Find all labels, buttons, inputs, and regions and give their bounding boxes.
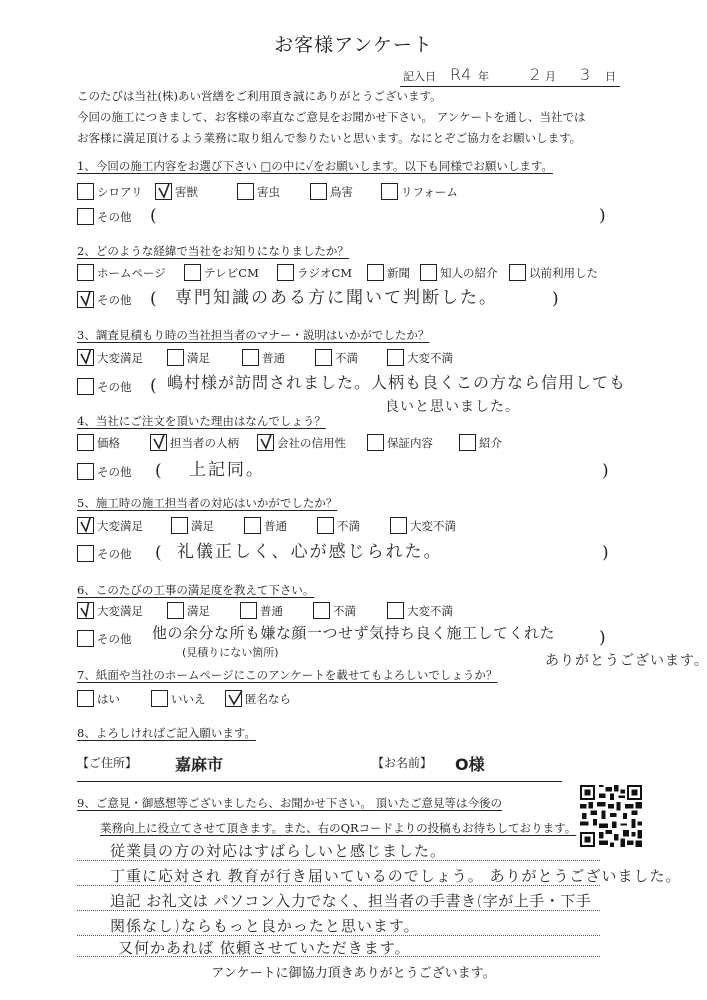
checkbox[interactable]	[184, 264, 201, 281]
checkbox[interactable]	[317, 517, 334, 534]
checkbox[interactable]	[381, 183, 398, 200]
name-value[interactable]: O様	[455, 752, 485, 775]
option-very-dissatisfied[interactable]: 大変不満	[390, 517, 456, 534]
checkbox[interactable]	[77, 264, 94, 281]
checkbox[interactable]	[77, 545, 94, 562]
option-other[interactable]: その他	[77, 378, 132, 395]
checkbox[interactable]	[171, 517, 188, 534]
checkbox[interactable]	[387, 602, 404, 619]
option-dissatisfied[interactable]: 不満	[313, 602, 356, 619]
date-label: 記入日	[403, 68, 436, 84]
checkmark-icon	[79, 518, 95, 534]
other-answer-note[interactable]: (見積りにない箇所)	[182, 644, 279, 660]
option-price[interactable]: 価格	[77, 434, 120, 451]
option-insect[interactable]: 害虫	[237, 183, 280, 200]
question-3-other: その他 ( 嶋村様が訪問されました。人柄も良くこの方なら信用しても 良いと思いま…	[77, 378, 677, 398]
question-5-label: 5、施工時の施工担当者の対応はいかがでしたか？	[77, 495, 337, 511]
checkbox[interactable]	[77, 208, 94, 225]
intro-line: このたびは当社(株)あい営繕をご利用頂き誠にありがとうございます。	[77, 86, 586, 107]
checkbox[interactable]	[315, 349, 332, 366]
day-suffix: 日	[605, 68, 616, 84]
option-other[interactable]: その他	[77, 463, 132, 480]
address-value[interactable]: 嘉麻市	[175, 752, 223, 775]
option-warranty[interactable]: 保証内容	[367, 434, 433, 451]
close-paren: )	[599, 628, 606, 648]
checkmark-icon	[227, 691, 243, 707]
option-referral[interactable]: 知人の紹介	[420, 264, 498, 281]
question-5-other: その他 ( 礼儀正しく、心が感じられた。 )	[77, 545, 617, 565]
open-paren: (	[150, 206, 157, 226]
question-2-other: その他 ( 専門知識のある方に聞いて判断した。 )	[77, 291, 637, 311]
qr-code-icon[interactable]	[580, 785, 642, 847]
option-very-dissatisfied[interactable]: 大変不満	[387, 602, 453, 619]
option-satisfied[interactable]: 満足	[171, 517, 214, 534]
checkbox[interactable]	[390, 517, 407, 534]
date-month[interactable]: 2	[530, 65, 540, 84]
address-label: 【ご住所】	[77, 754, 137, 771]
divider	[77, 781, 562, 782]
option-average[interactable]: 普通	[242, 349, 285, 366]
question-1-other: その他 ( )	[77, 208, 617, 228]
footer-thanks: アンケートに御協力頂きありがとうございます。	[0, 962, 707, 981]
option-introduction[interactable]: 紹介	[459, 434, 502, 451]
checkbox[interactable]	[240, 602, 257, 619]
option-reform[interactable]: リフォーム	[381, 183, 458, 200]
open-paren: (	[150, 289, 157, 309]
option-very-dissatisfied[interactable]: 大変不満	[387, 349, 453, 366]
close-paren: )	[599, 206, 606, 226]
other-answer[interactable]: 上記同。	[189, 455, 265, 480]
checkbox[interactable]	[151, 690, 168, 707]
checkbox-checked[interactable]	[155, 183, 172, 200]
date-day[interactable]: 3	[580, 65, 590, 84]
checkbox-checked[interactable]	[257, 434, 274, 451]
other-answer-trailing[interactable]: ありがとうございます。	[545, 650, 707, 670]
checkbox-checked[interactable]	[77, 517, 94, 534]
option-termite[interactable]: シロアリ	[77, 183, 143, 200]
checkbox[interactable]	[367, 264, 384, 281]
option-anonymous[interactable]: 匿名なら	[225, 690, 291, 707]
checkbox-checked[interactable]	[150, 434, 167, 451]
option-average[interactable]: 普通	[240, 602, 283, 619]
option-staff-personality[interactable]: 担当者の人柄	[150, 434, 239, 451]
checkbox[interactable]	[167, 349, 184, 366]
question-6-label: 6、このたびの工事の満足度を教えて下さい。	[77, 582, 314, 598]
month-suffix: 月	[545, 68, 556, 84]
checkbox[interactable]	[77, 378, 94, 395]
open-paren: (	[150, 376, 157, 396]
year-suffix: 年	[478, 68, 489, 84]
option-satisfied[interactable]: 満足	[167, 349, 210, 366]
question-8-label: 8、よろしければご記入願います。	[77, 725, 256, 741]
form-title: お客様アンケート	[0, 30, 707, 57]
intro-line: お客様に満足頂けるよう業務に取り組んで参りたいと思います。なにとぞご協力をお願い…	[77, 128, 586, 149]
question-7-label: 7、紙面や当社のホームページにこのアンケートを載せてもよろしいでしょうか？	[77, 667, 497, 683]
option-very-satisfied[interactable]: 大変満足	[77, 349, 143, 366]
other-answer[interactable]: 専門知識のある方に聞いて判断した。	[175, 283, 498, 308]
checkbox-checked[interactable]	[77, 602, 94, 619]
question-3-label: 3、調査見積もり時の当社担当者のマナー・説明はいかがでしたか？	[77, 327, 429, 343]
option-radio-cm[interactable]: ラジオCM	[277, 264, 352, 281]
option-homepage[interactable]: ホームページ	[77, 264, 166, 281]
checkbox[interactable]	[367, 434, 384, 451]
option-pest-animal[interactable]: 害獣	[155, 183, 198, 200]
option-no[interactable]: いいえ	[151, 690, 206, 707]
option-newspaper[interactable]: 新聞	[367, 264, 410, 281]
comment-line-2[interactable]: 丁重に応対され 教育が行き届いているのでしょう。 ありがとうございました。	[110, 865, 682, 886]
checkmark-icon	[157, 184, 173, 200]
option-company-credibility[interactable]: 会社の信用性	[257, 434, 346, 451]
checkbox-checked[interactable]	[77, 349, 94, 366]
checkbox[interactable]	[459, 434, 476, 451]
checkbox-checked[interactable]	[77, 291, 94, 308]
other-answer[interactable]: 礼儀正しく、心が感じられた。	[177, 537, 443, 562]
option-dissatisfied[interactable]: 不満	[315, 349, 358, 366]
question-4-other: その他 ( 上記同。 )	[77, 463, 617, 483]
option-average[interactable]: 普通	[244, 517, 287, 534]
option-previous-use[interactable]: 以前利用した	[509, 264, 598, 281]
open-paren: (	[155, 543, 162, 563]
question-6-other: その他 他の余分な所も嫌な顔一つせず気持ち良く施工してくれた ) (見積りにない…	[77, 630, 637, 650]
option-other[interactable]: その他	[77, 208, 132, 225]
other-answer-line2[interactable]: 良いと思いました。	[385, 396, 520, 416]
close-paren: )	[602, 543, 609, 563]
checkbox[interactable]	[237, 183, 254, 200]
checkbox-checked[interactable]	[225, 690, 242, 707]
checkmark-icon	[79, 292, 95, 308]
checkbox[interactable]	[77, 463, 94, 480]
comment-line-1[interactable]: 従業員の方の対応はすばらしいと感じました。	[110, 840, 446, 861]
checkbox[interactable]	[509, 264, 526, 281]
checkmark-icon	[259, 435, 275, 451]
open-paren: (	[155, 461, 162, 481]
option-other[interactable]: その他	[77, 545, 132, 562]
comment-line-5[interactable]: 又何かあれば 依頼させていただきます。	[118, 937, 411, 958]
comment-line-4[interactable]: 関係なし)ならもっと良かったと思います。	[110, 915, 420, 936]
close-paren: )	[552, 289, 559, 309]
date-era-year[interactable]: R4	[450, 65, 471, 84]
question-4-label: 4、当社にご注文を頂いた理由はなんでしょう？	[77, 413, 326, 429]
option-very-satisfied[interactable]: 大変満足	[77, 602, 143, 619]
checkbox[interactable]	[420, 264, 437, 281]
checkmark-icon	[79, 603, 95, 619]
checkbox[interactable]	[77, 690, 94, 707]
question-2-label: 2、どのような経緯で当社をお知りになりましたか？	[77, 243, 349, 259]
checkmark-icon	[152, 435, 168, 451]
close-paren: )	[602, 461, 609, 481]
checkbox[interactable]	[77, 183, 94, 200]
intro-line: 今回の施工につきまして、お客様の率直なご意見をお聞かせ下さい。 アンケートを通し…	[77, 107, 586, 128]
option-very-satisfied[interactable]: 大変満足	[77, 517, 143, 534]
question-9-label-line1: 9、ご意見・御感想等ございましたら、お聞かせ下さい。 頂いたご意見等は今後の	[77, 795, 502, 811]
option-tv-cm[interactable]: テレビCM	[184, 264, 259, 281]
checkbox[interactable]	[310, 183, 327, 200]
checkbox[interactable]	[244, 517, 261, 534]
option-yes[interactable]: はい	[77, 690, 120, 707]
checkbox[interactable]	[77, 434, 94, 451]
name-label: 【お名前】	[372, 754, 432, 771]
entry-date: 記入日 R4 年 2 月 3 日	[400, 66, 620, 87]
question-1-label: 1、今回の施工内容をお選び下さい □の中に✓をお願いします。以下も同様でお願いし…	[77, 158, 553, 174]
checkbox[interactable]	[167, 602, 184, 619]
checkbox[interactable]	[277, 264, 294, 281]
checkmark-icon	[79, 350, 95, 366]
question-9-label-line2: 業務向上に役立てさせて頂きます。また、右のQRコードよりの投稿もお待ちしておりま…	[100, 820, 576, 836]
option-satisfied[interactable]: 満足	[167, 602, 210, 619]
intro-text: このたびは当社(株)あい営繕をご利用頂き誠にありがとうございます。 今回の施工に…	[77, 86, 586, 149]
contact-fields: 【ご住所】 嘉麻市 【お名前】 O様	[77, 752, 562, 774]
checkbox[interactable]	[387, 349, 404, 366]
option-dissatisfied[interactable]: 不満	[317, 517, 360, 534]
checkbox[interactable]	[77, 630, 94, 647]
checkbox[interactable]	[313, 602, 330, 619]
option-other[interactable]: その他	[77, 630, 132, 647]
other-answer[interactable]: 他の余分な所も嫌な顔一つせず気持ち良く施工してくれた	[152, 622, 555, 643]
option-other[interactable]: その他	[77, 291, 132, 308]
comment-line-3[interactable]: 追記 お礼文は パソコン入力でなく、担当者の手書き(字が上手・下手	[110, 890, 591, 911]
other-answer[interactable]: 嶋村様が訪問されました。人柄も良くこの方なら信用しても	[167, 370, 626, 393]
checkbox[interactable]	[242, 349, 259, 366]
option-bird[interactable]: 鳥害	[310, 183, 353, 200]
